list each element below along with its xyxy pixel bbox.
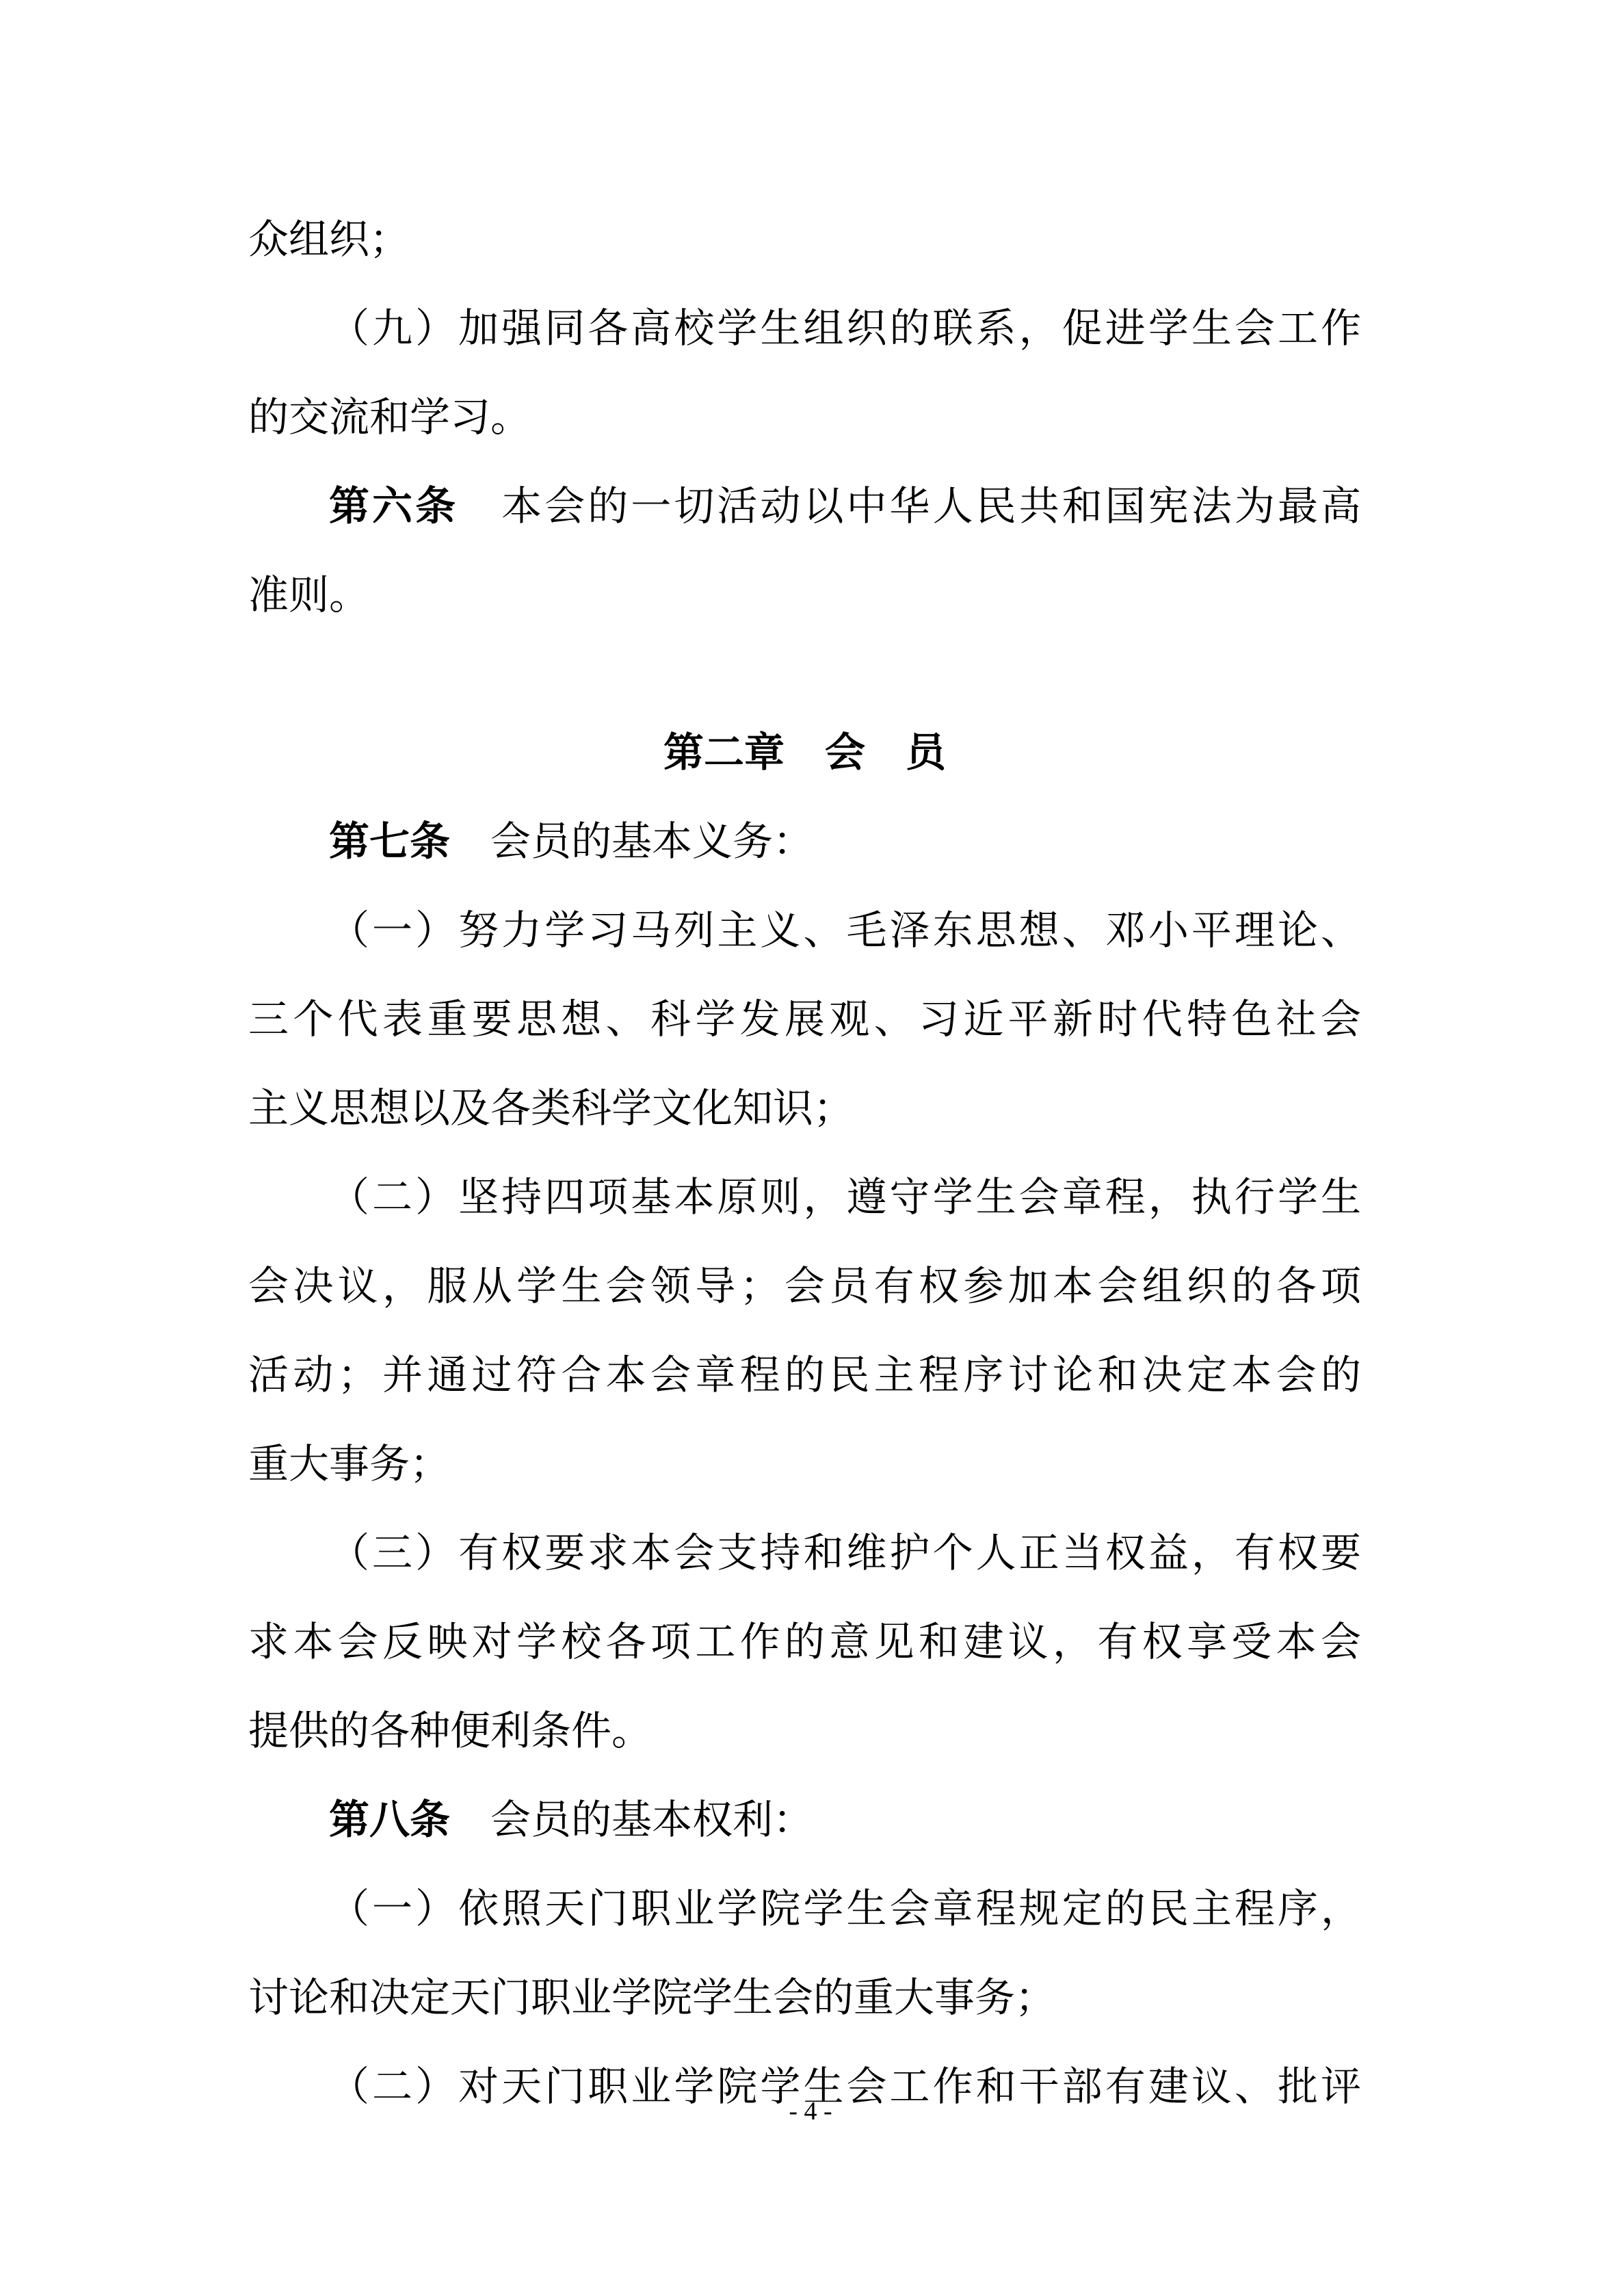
text-line: 准则。 (248, 551, 1361, 640)
text-block: 众组织； （九）加强同各高校学生组织的联系，促进学生会工作 的交流和学习。 第六… (248, 195, 1361, 2131)
text-line: 第七条 会员的基本义务： (248, 797, 1361, 886)
text-line: 第八条 会员的基本权利： (248, 1775, 1361, 1864)
article-number-label: 第七条 (329, 819, 450, 864)
text-line: 重大事务； (248, 1420, 1361, 1509)
page-number: - 4 - (0, 2095, 1621, 2128)
article-text: 本会的一切活动以中华人民共和国宪法为最高 (458, 484, 1361, 529)
chapter-heading: 第二章 会 员 (248, 708, 1361, 797)
article-number-label: 第八条 (329, 1797, 450, 1842)
article-text: 会员的基本权利： (450, 1797, 813, 1842)
text-line: 主义思想以及各类科学文化知识； (248, 1064, 1361, 1153)
text-line: （九）加强同各高校学生组织的联系，促进学生会工作 (248, 284, 1361, 373)
text-line: 第六条 本会的一切活动以中华人民共和国宪法为最高 (248, 462, 1361, 551)
document-page: 众组织； （九）加强同各高校学生组织的联系，促进学生会工作 的交流和学习。 第六… (0, 0, 1621, 2296)
text-line: 活动；并通过符合本会章程的民主程序讨论和决定本会的 (248, 1331, 1361, 1420)
text-line: 会决议，服从学生会领导；会员有权参加本会组织的各项 (248, 1242, 1361, 1331)
article-text: 会员的基本义务： (450, 819, 813, 864)
text-line: 三个代表重要思想、科学发展观、习近平新时代特色社会 (248, 975, 1361, 1064)
article-number-label: 第六条 (329, 484, 458, 529)
text-line: 众组织； (248, 195, 1361, 284)
text-line: （二）坚持四项基本原则，遵守学生会章程，执行学生 (248, 1153, 1361, 1242)
text-line: （三）有权要求本会支持和维护个人正当权益，有权要 (248, 1509, 1361, 1597)
text-line: （一）努力学习马列主义、毛泽东思想、邓小平理论、 (248, 886, 1361, 975)
text-line: 求本会反映对学校各项工作的意见和建议，有权享受本会 (248, 1597, 1361, 1686)
text-line: （一）依照天门职业学院学生会章程规定的民主程序， (248, 1864, 1361, 1953)
text-line: 讨论和决定天门职业学院学生会的重大事务； (248, 1953, 1361, 2042)
text-line: 的交流和学习。 (248, 373, 1361, 462)
text-line: 提供的各种便利条件。 (248, 1686, 1361, 1775)
